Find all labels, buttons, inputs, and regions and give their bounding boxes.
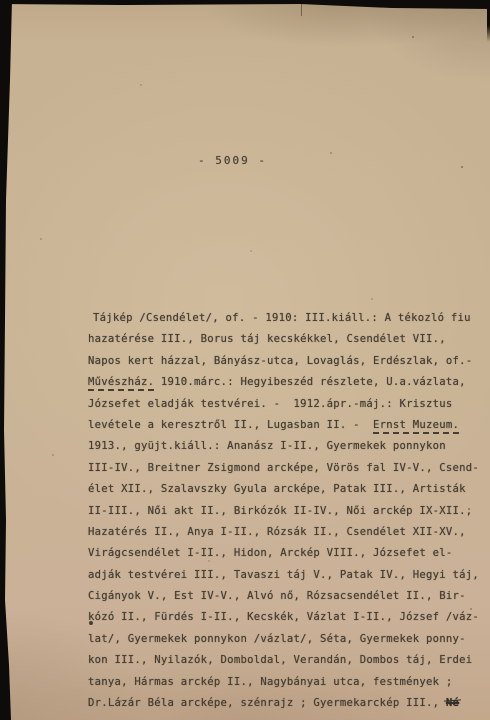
scan-edge-top	[0, 0, 490, 10]
text-line: élet XII., Szalavszky Gyula arcképe, Pat…	[88, 479, 484, 500]
text-line: Cigányok V., Est IV-V., Alvó nő, Rózsacs…	[88, 586, 484, 607]
text-segment: Dr.Lázár Béla arcképe, szénrajz ; Gyerme…	[88, 697, 446, 709]
text-segment: 1910.márc.: Hegyibeszéd részlete, U.a.vá…	[154, 376, 466, 388]
text-segment: lat/, Gyermekek ponnykon /vázlat/, Séta,…	[88, 633, 466, 645]
text-segment: adják testvérei III., Tavaszi táj V., Pa…	[88, 569, 479, 581]
text-line: adják testvérei III., Tavaszi táj V., Pa…	[88, 565, 484, 586]
underlined-phrase: Ernst Muzeum.	[373, 419, 459, 434]
text-line: Hazatérés II., Anya I-II., Rózsák II., C…	[88, 522, 484, 543]
text-line: Józsefet eladják testvérei. - 1912.ápr.-…	[88, 394, 484, 415]
text-segment: levétele a keresztről II., Lugasban II. …	[88, 419, 373, 431]
text-line: Művészház. 1910.márc.: Hegyibeszéd részl…	[88, 372, 484, 393]
text-line: kózó II., Fürdés I-II., Kecskék, Vázlat …	[88, 607, 484, 628]
typewritten-text: Tájkép /Csendélet/, of. - 1910: III.kiál…	[88, 308, 484, 714]
underlined-phrase: Művészház.	[88, 376, 154, 391]
text-line: levétele a keresztről II., Lugasban II. …	[88, 415, 484, 436]
text-segment: Tájkép /Csendélet/, of. - 1910: III.kiál…	[93, 312, 471, 324]
text-line: Napos kert házzal, Bányász-utca, Lovaglá…	[88, 351, 484, 372]
fold-mark	[301, 4, 302, 16]
text-segment: Virágcsendélet I-II., Hidon, Arckép VIII…	[88, 547, 453, 559]
text-segment: tanya, Hármas arckép II., Nagybányai utc…	[88, 676, 453, 688]
text-line: Virágcsendélet I-II., Hidon, Arckép VIII…	[88, 543, 484, 564]
text-line: Tájkép /Csendélet/, of. - 1910: III.kiál…	[88, 308, 484, 329]
text-segment: hazatérése III., Borus táj kecskékkel, C…	[88, 333, 446, 345]
text-line: 1913., gyüjt.kiáll.: Ananász I-II., Gyer…	[88, 436, 484, 457]
text-segment: kon III., Nyilazók, Domboldal, Verandán,…	[88, 654, 472, 666]
text-line: II-III., Női akt II., Birkózók II-IV., N…	[88, 501, 484, 522]
text-segment: Hazatérés II., Anya I-II., Rózsák II., C…	[88, 526, 466, 538]
text-segment: III-IV., Breitner Zsigmond arcképe, Vörö…	[88, 462, 479, 474]
text-segment: kózó II., Fürdés I-II., Kecskék, Vázlat …	[88, 611, 479, 623]
text-segment: Józsefet eladják testvérei. - 1912.ápr.-…	[88, 398, 453, 410]
text-segment: II-III., Női akt II., Birkózók II-IV., N…	[88, 505, 472, 517]
text-line: lat/, Gyermekek ponnykon /vázlat/, Séta,…	[88, 629, 484, 650]
crossed-out-word: Né	[446, 697, 459, 709]
text-segment: élet XII., Szalavszky Gyula arcképe, Pat…	[88, 483, 466, 495]
scanned-document-page: - 5009 - Tájkép /Csendélet/, of. - 1910:…	[0, 0, 490, 720]
text-segment: Napos kert házzal, Bányász-utca, Lovaglá…	[88, 355, 472, 367]
text-line: Dr.Lázár Béla arcképe, szénrajz ; Gyerme…	[88, 693, 484, 714]
text-line: III-IV., Breitner Zsigmond arcképe, Vörö…	[88, 458, 484, 479]
text-segment: Cigányok V., Est IV-V., Alvó nő, Rózsacs…	[88, 590, 466, 602]
scan-edge-left	[0, 0, 14, 720]
text-line: hazatérése III., Borus táj kecskékkel, C…	[88, 329, 484, 350]
text-line: kon III., Nyilazók, Domboldal, Verandán,…	[88, 650, 484, 671]
text-segment: 1913., gyüjt.kiáll.: Ananász I-II., Gyer…	[88, 440, 446, 452]
page-number: - 5009 -	[198, 154, 267, 167]
text-line: tanya, Hármas arckép II., Nagybányai utc…	[88, 672, 484, 693]
